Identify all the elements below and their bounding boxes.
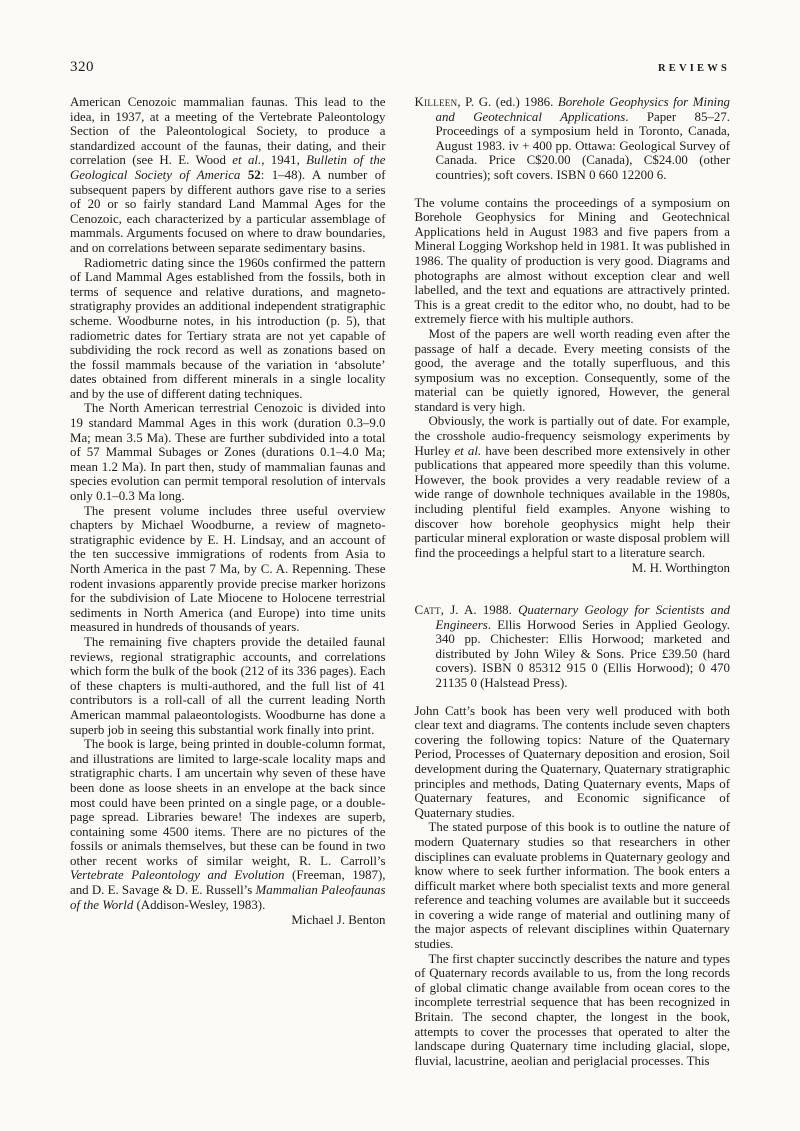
review-paragraph: The first chapter succinctly describes t… — [415, 952, 731, 1069]
text-run: Most of the papers are well worth readin… — [415, 327, 731, 414]
review-paragraph: The present volume includes three useful… — [70, 504, 386, 635]
page-header: 320 REVIEWS — [70, 59, 730, 76]
review-paragraph: Most of the papers are well worth readin… — [415, 327, 731, 415]
right-column: Killeen, P. G. (ed.) 1986. Borehole Geop… — [415, 95, 731, 1068]
italic-text: Vertebrate Paleontology and Evolution — [70, 868, 285, 882]
text-run: , J. A. 1988. — [441, 603, 518, 617]
two-column-body: American Cenozoic mammalian faunas. This… — [70, 95, 730, 1068]
book-citation: Killeen, P. G. (ed.) 1986. Borehole Geop… — [415, 95, 731, 183]
page-number: 320 — [70, 59, 94, 76]
text-run: The remaining five chapters provide the … — [70, 635, 386, 737]
smallcaps-author-name: Catt — [415, 603, 441, 617]
review-paragraph: Obviously, the work is partially out of … — [415, 414, 731, 560]
text-run: have been described more extensively in … — [415, 444, 731, 560]
running-head: REVIEWS — [658, 63, 730, 74]
text-run: The stated purpose of this book is to ou… — [415, 820, 731, 951]
text-run: , 1941, — [261, 153, 306, 167]
text-run: The present volume includes three useful… — [70, 504, 386, 635]
smallcaps-author-name: Killeen — [415, 95, 458, 109]
review-paragraph: The remaining five chapters provide the … — [70, 635, 386, 737]
review-paragraph: The North American terrestrial Cenozoic … — [70, 401, 386, 503]
left-column: American Cenozoic mammalian faunas. This… — [70, 95, 386, 1068]
reviewer-signature: M. H. Worthington — [415, 561, 731, 576]
text-run: The book is large, being printed in doub… — [70, 737, 386, 868]
text-run: The volume contains the proceedings of a… — [415, 196, 731, 327]
reviewer-signature: Michael J. Benton — [70, 913, 386, 928]
text-run: , P. G. (ed.) 1986. — [457, 95, 557, 109]
bold-text: 52 — [248, 168, 261, 182]
review-paragraph: Radiometric dating since the 1960s confi… — [70, 256, 386, 402]
review-paragraph: The volume contains the proceedings of a… — [415, 196, 731, 327]
italic-text: et al. — [232, 153, 261, 167]
review-paragraph: The book is large, being printed in doub… — [70, 737, 386, 912]
review-paragraph: The stated purpose of this book is to ou… — [415, 820, 731, 951]
text-run: The North American terrestrial Cenozoic … — [70, 401, 386, 503]
text-run: The first chapter succinctly describes t… — [415, 952, 731, 1068]
review-paragraph: American Cenozoic mammalian faunas. This… — [70, 95, 386, 256]
book-citation: Catt, J. A. 1988. Quaternary Geology for… — [415, 603, 731, 691]
text-run: (Addison-Wesley, 1983). — [133, 898, 265, 912]
text-run: John Catt’s book has been very well prod… — [415, 704, 731, 820]
review-paragraph: John Catt’s book has been very well prod… — [415, 704, 731, 821]
text-run: Radiometric dating since the 1960s confi… — [70, 256, 386, 401]
italic-text: et al. — [454, 444, 481, 458]
journal-review-page: 320 REVIEWS American Cenozoic mammalian … — [0, 0, 800, 1131]
